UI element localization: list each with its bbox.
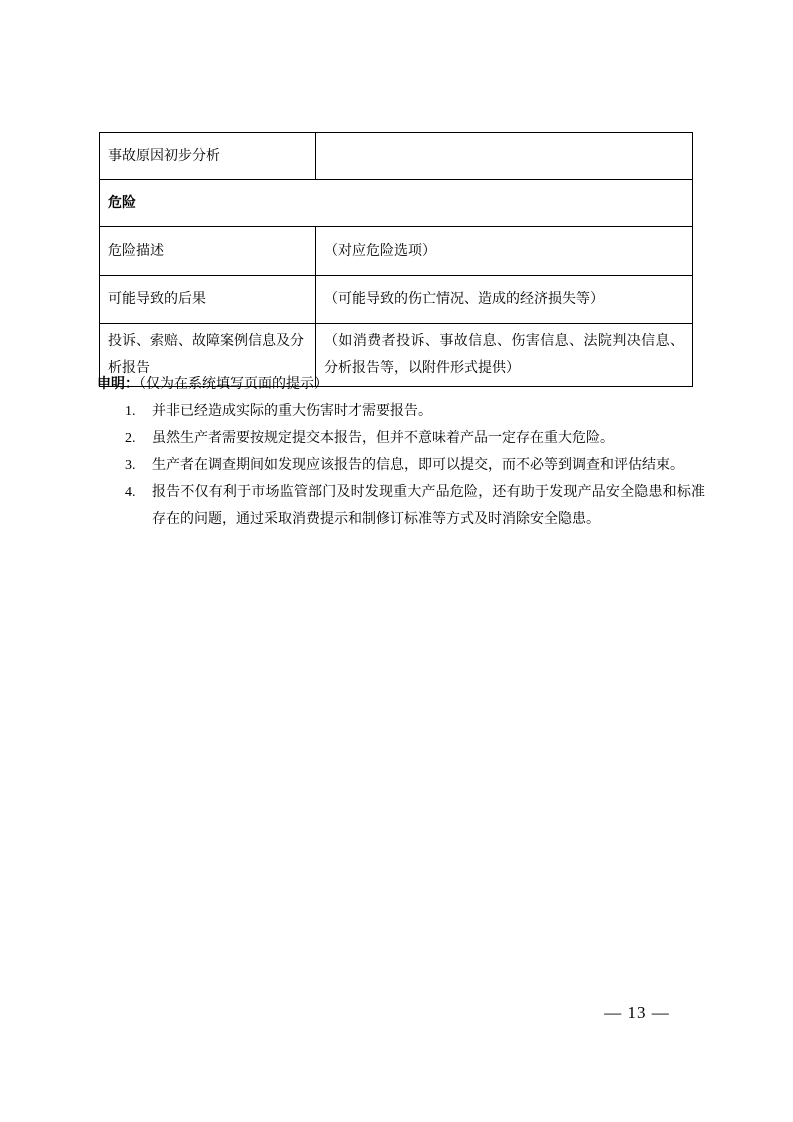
list-item-text: 并非已经造成实际的重大伤害时才需要报告。 [152,398,705,425]
list-item: 3. 生产者在调查期间如发现应该报告的信息，即可以提交，而不必等到调查和评估结束… [97,452,705,479]
table-row: 可能导致的后果 （可能导致的伤亡情况、造成的经济损失等） [100,276,693,324]
statement-note: （仅为在系统填写页面的提示） [139,377,328,392]
row-label-accident-cause-analysis: 事故原因初步分析 [100,133,316,180]
table-section-row: 危险 [100,180,693,227]
statement-block: 申明：（仅为在系统填写页面的提示） 1. 并非已经造成实际的重大伤害时才需要报告… [97,371,705,533]
table-row: 事故原因初步分析 [100,133,693,180]
list-item-number: 1. [125,398,136,425]
hazard-report-table: 事故原因初步分析 危险 危险描述 （对应危险选项） 可能导致的后果 （可能导致的… [99,132,693,387]
row-label-hazard-description: 危险描述 [100,227,316,276]
list-item-number: 2. [125,425,136,452]
list-item: 2. 虽然生产者需要按规定提交本报告，但并不意味着产品一定存在重大危险。 [97,425,705,452]
list-item: 1. 并非已经造成实际的重大伤害时才需要报告。 [97,398,705,425]
section-label-hazard: 危险 [100,180,693,227]
row-value-hazard-description: （对应危险选项） [316,227,693,276]
list-item: 4. 报告不仅有利于市场监管部门及时发现重大产品危险，还有助于发现产品安全隐患和… [97,479,705,533]
row-value-accident-cause-analysis [316,133,693,180]
table-row: 危险描述 （对应危险选项） [100,227,693,276]
statement-list: 1. 并非已经造成实际的重大伤害时才需要报告。 2. 虽然生产者需要按规定提交本… [97,398,705,533]
list-item-number: 3. [125,452,136,479]
list-item-number: 4. [125,479,136,506]
list-item-text: 生产者在调查期间如发现应该报告的信息，即可以提交，而不必等到调查和评估结束。 [152,452,705,479]
statement-heading: 申明：（仅为在系统填写页面的提示） [97,371,705,398]
statement-label: 申明： [97,377,139,392]
document-page: 事故原因初步分析 危险 危险描述 （对应危险选项） 可能导致的后果 （可能导致的… [0,0,793,1122]
row-label-possible-consequences: 可能导致的后果 [100,276,316,324]
list-item-text: 报告不仅有利于市场监管部门及时发现重大产品危险，还有助于发现产品安全隐患和标准存… [152,479,705,533]
row-value-possible-consequences: （可能导致的伤亡情况、造成的经济损失等） [316,276,693,324]
list-item-text: 虽然生产者需要按规定提交本报告，但并不意味着产品一定存在重大危险。 [152,425,705,452]
page-number: — 13 — [557,1001,717,1025]
